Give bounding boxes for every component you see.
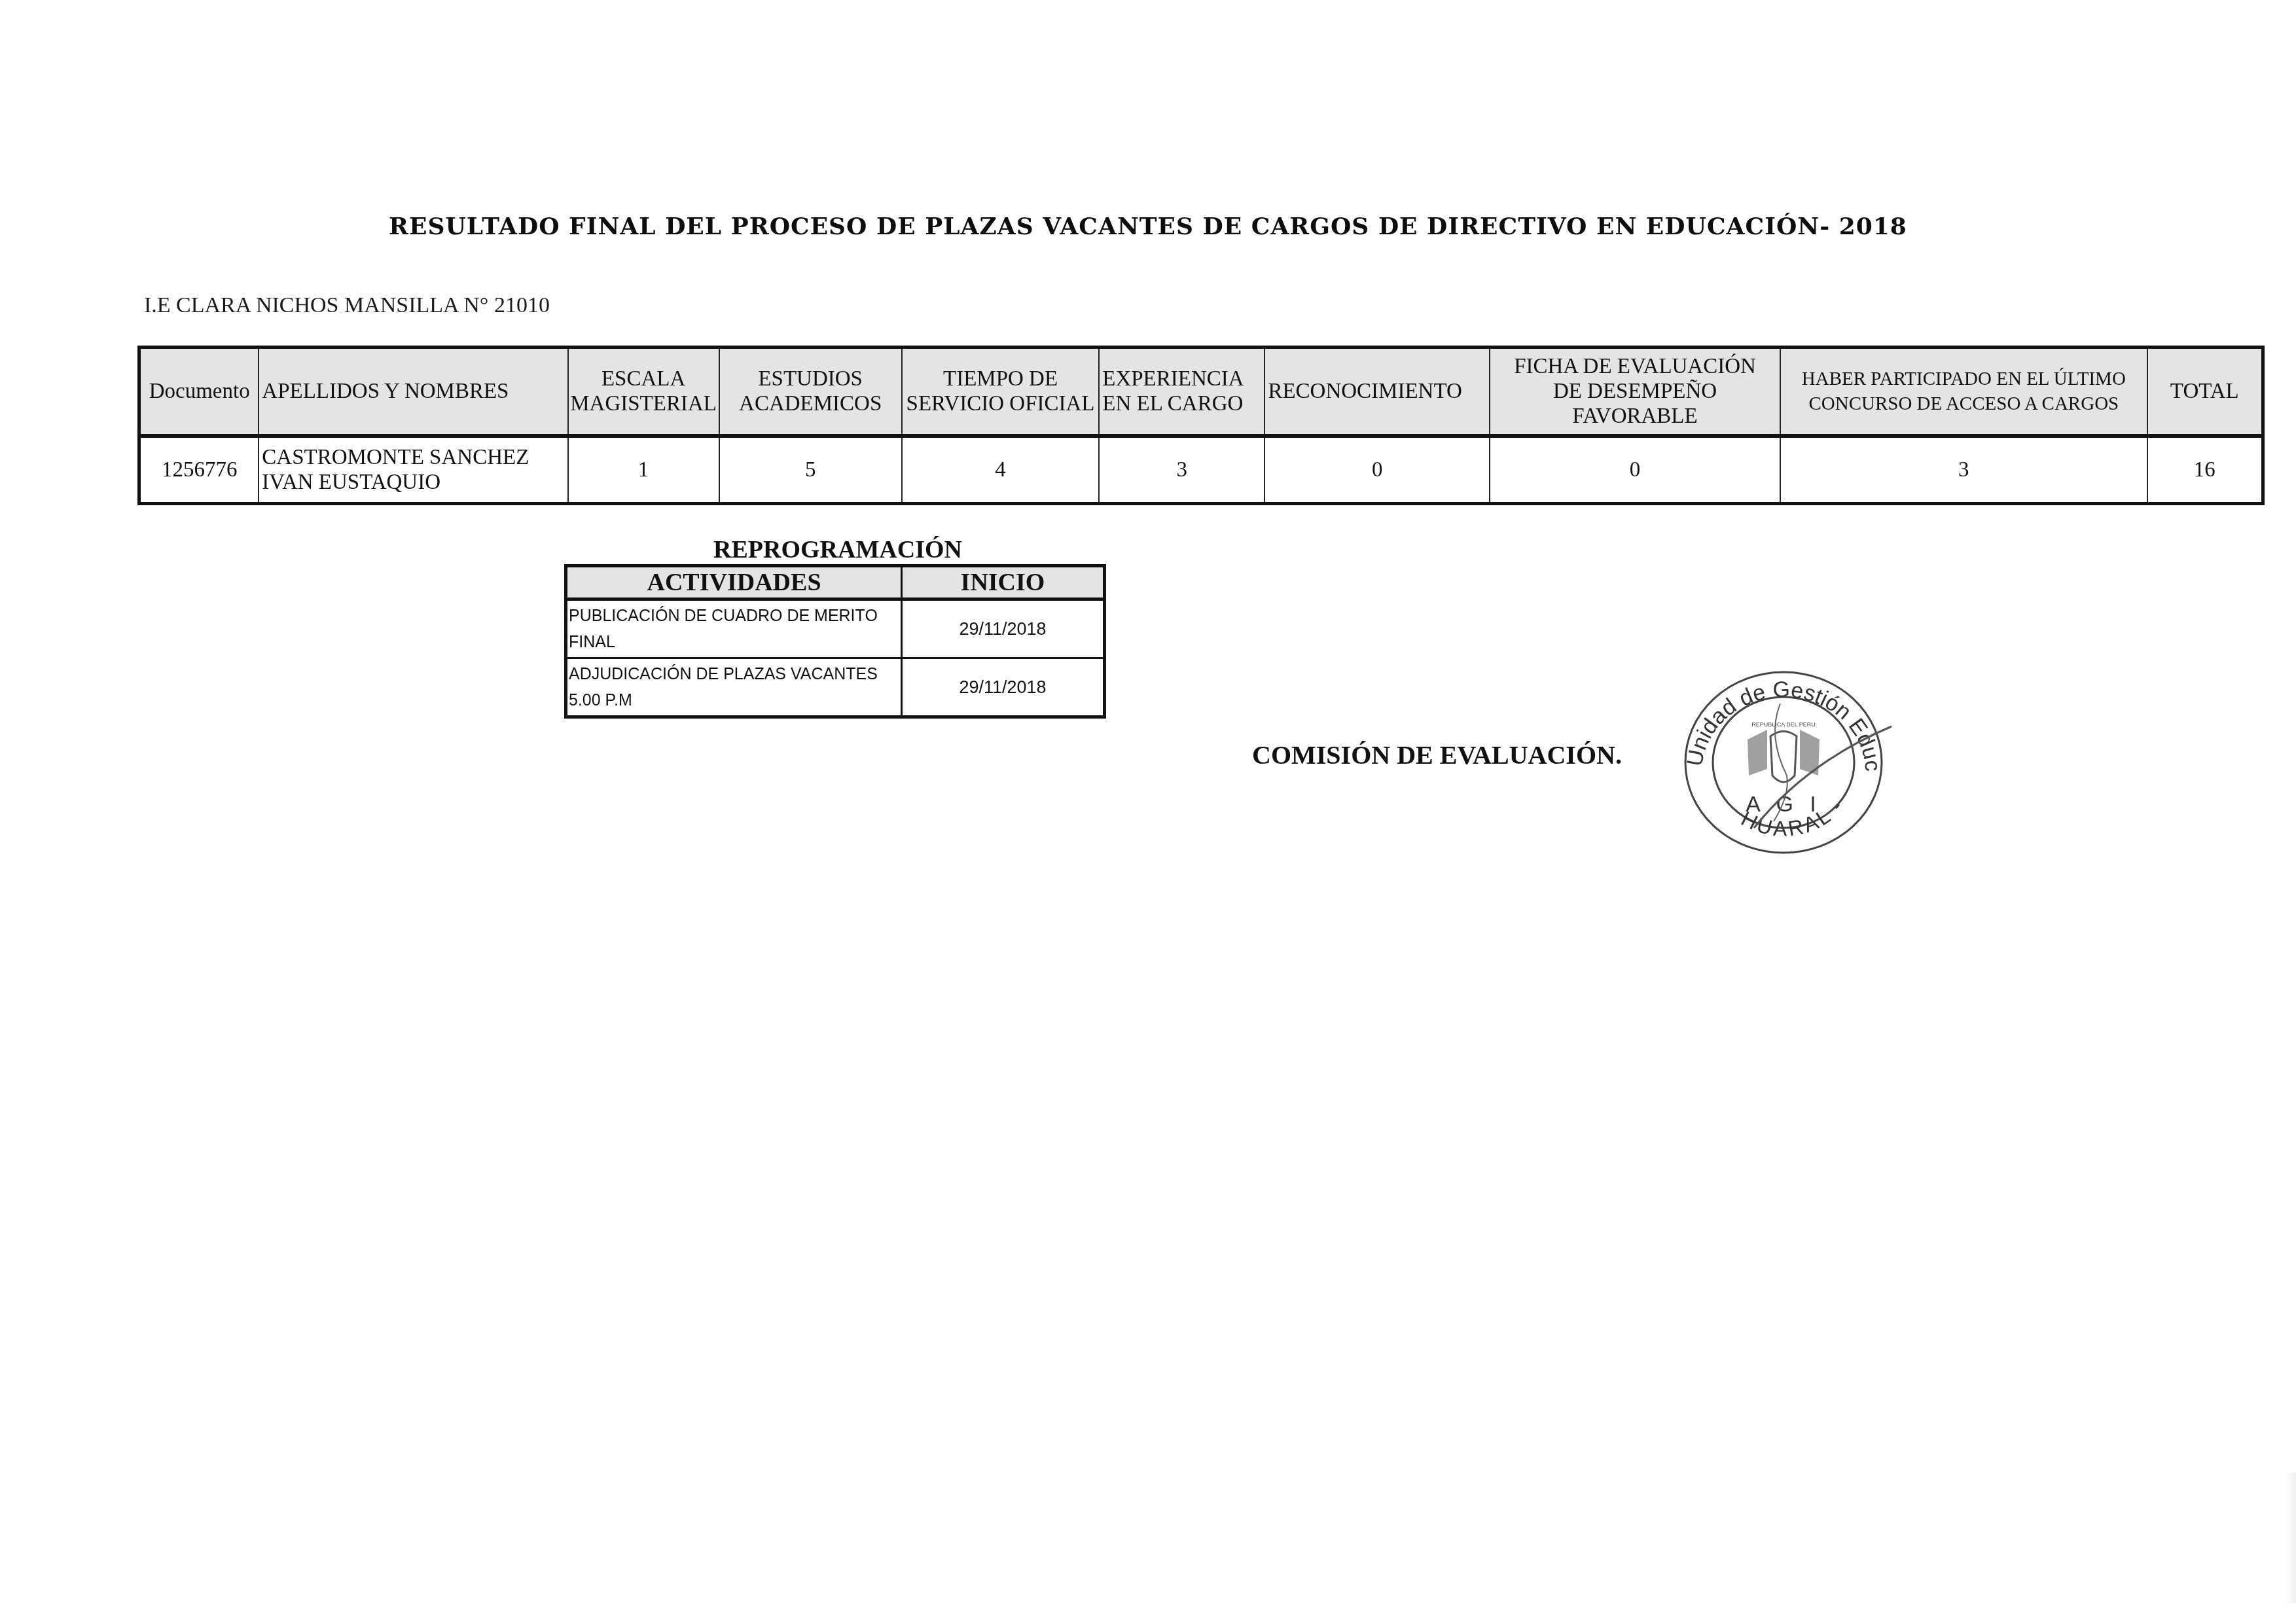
col-tiempo-servicio: TIEMPO DESERVICIO OFICIAL xyxy=(902,348,1099,437)
cell-reconocimiento: 0 xyxy=(1265,436,1490,504)
col-inicio: INICIO xyxy=(902,566,1105,599)
cell-estudios: 5 xyxy=(719,436,902,504)
table-row: ADJUDICACIÓN DE PLAZAS VACANTES5.00 P.M … xyxy=(566,658,1105,717)
cell-actividad: PUBLICACIÓN DE CUADRO DE MERITOFINAL xyxy=(566,599,902,658)
cell-ficha: 0 xyxy=(1490,436,1780,504)
table-row: 1256776 CASTROMONTE SANCHEZIVAN EUSTAQUI… xyxy=(139,436,2263,504)
cell-inicio: 29/11/2018 xyxy=(902,658,1105,717)
reprogramacion-table: ACTIVIDADES INICIO PUBLICACIÓN DE CUADRO… xyxy=(564,564,1106,719)
cell-nombre: CASTROMONTE SANCHEZIVAN EUSTAQUIO xyxy=(259,436,567,504)
col-reconocimiento: RECONOCIMIENTO xyxy=(1265,348,1490,437)
col-total: TOTAL xyxy=(2147,348,2263,437)
cell-tiempo: 4 xyxy=(902,436,1099,504)
table-row: PUBLICACIÓN DE CUADRO DE MERITOFINAL 29/… xyxy=(566,599,1105,658)
col-actividades: ACTIVIDADES xyxy=(566,566,902,599)
school-name: I.E CLARA NICHOS MANSILLA N° 21010 xyxy=(144,293,550,318)
cell-haber: 3 xyxy=(1780,436,2147,504)
official-stamp: Unidad de Gestión Educativa Local N° 10 … xyxy=(1676,664,1892,861)
document-title: RESULTADO FINAL DEL PROCESO DE PLAZAS VA… xyxy=(0,213,2296,240)
reprog-header-row: ACTIVIDADES INICIO xyxy=(566,566,1105,599)
col-documento: Documento xyxy=(139,348,259,437)
col-haber-participado: HABER PARTICIPADO EN EL ÚLTIMOCONCURSO D… xyxy=(1780,348,2147,437)
col-experiencia-cargo: EXPERIENCIAEN EL CARGO xyxy=(1099,348,1265,437)
col-ficha-evaluacion: FICHA DE EVALUACIÓNDE DESEMPEÑOFAVORABLE xyxy=(1490,348,1780,437)
cell-inicio: 29/11/2018 xyxy=(902,599,1105,658)
cell-escala: 1 xyxy=(568,436,719,504)
col-apellidos-nombres: APELLIDOS Y NOMBRES xyxy=(259,348,567,437)
col-escala-magisterial: ESCALAMAGISTERIAL xyxy=(568,348,719,437)
col-estudios-academicos: ESTUDIOSACADEMICOS xyxy=(719,348,902,437)
page-edge-shadow xyxy=(2286,1472,2296,1603)
cell-documento: 1256776 xyxy=(139,436,259,504)
stamp-seal-icon: Unidad de Gestión Educativa Local N° 10 … xyxy=(1676,664,1892,861)
cell-experiencia: 3 xyxy=(1099,436,1265,504)
reprogramacion-title: REPROGRAMACIÓN xyxy=(655,535,1021,564)
commission-label: COMISIÓN DE EVALUACIÓN. xyxy=(1252,740,1622,770)
header-row: Documento APELLIDOS Y NOMBRES ESCALAMAGI… xyxy=(139,348,2263,437)
svg-text:REPUBLICA DEL PERU: REPUBLICA DEL PERU xyxy=(1751,721,1816,728)
results-table: Documento APELLIDOS Y NOMBRES ESCALAMAGI… xyxy=(137,346,2265,505)
cell-total: 16 xyxy=(2147,436,2263,504)
cell-actividad: ADJUDICACIÓN DE PLAZAS VACANTES5.00 P.M xyxy=(566,658,902,717)
